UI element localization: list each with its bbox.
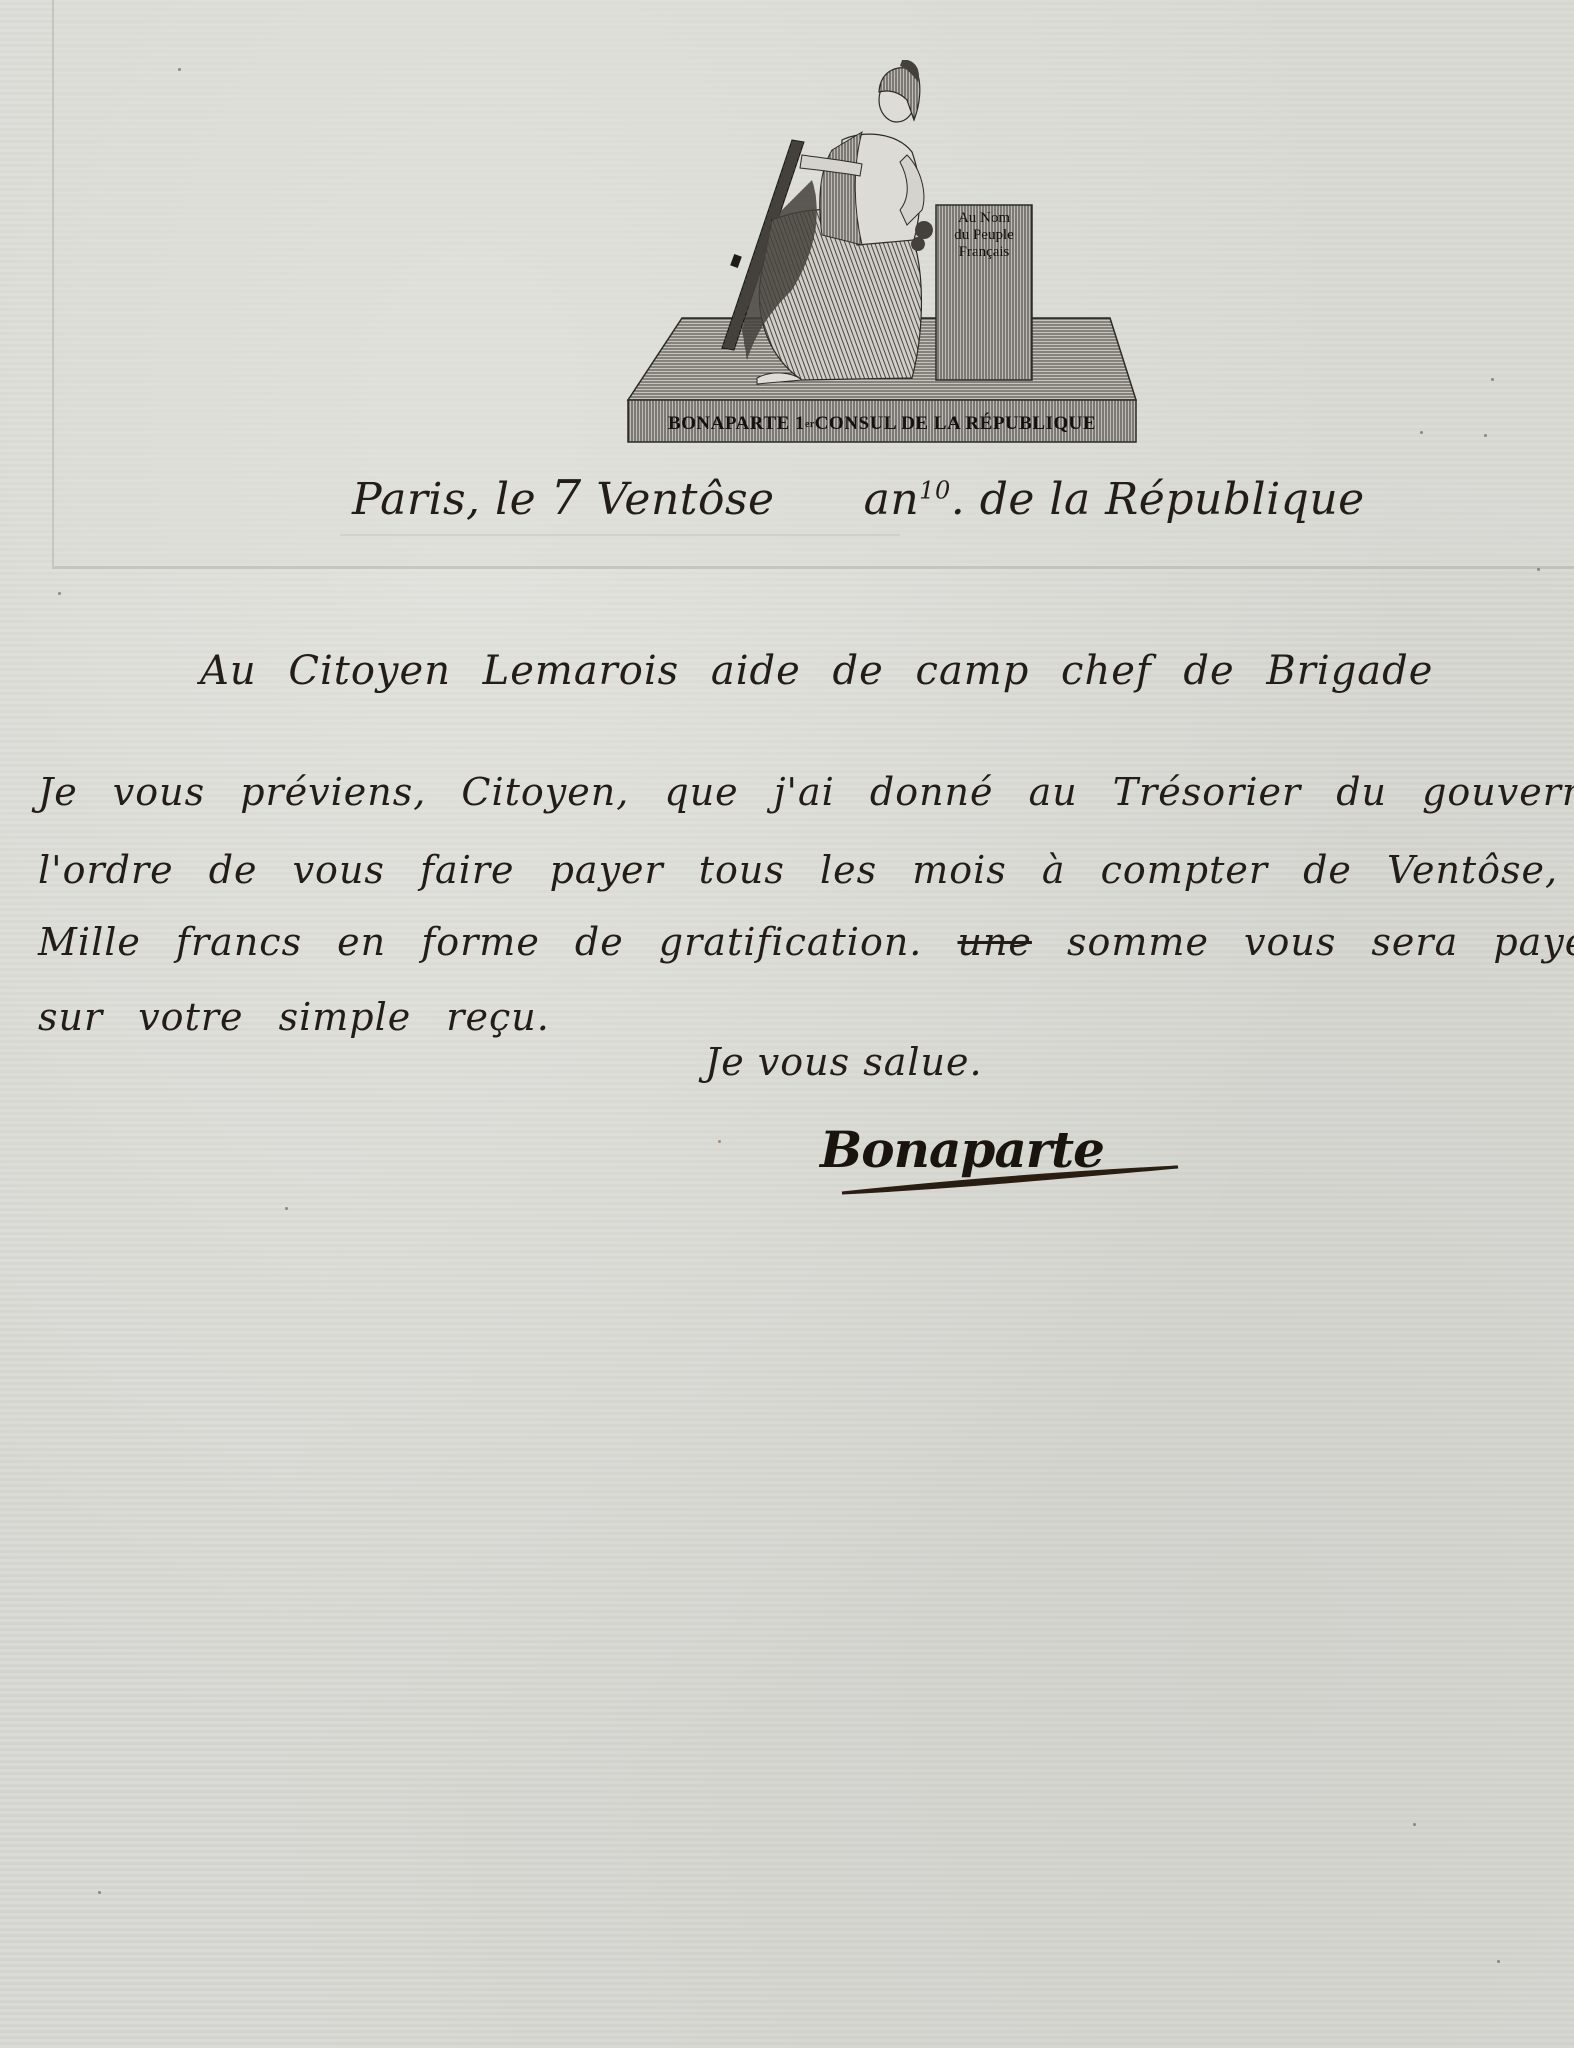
dateline: Paris, le 7 Ventôse an10. de la Républiq…: [352, 470, 1365, 526]
body-text: Mille francs en forme de gratification.: [38, 920, 922, 964]
inscription-line: Français: [940, 244, 1028, 261]
letterhead-engraving: Au Nom du Peuple Français BONAPARTE 1er …: [622, 60, 1162, 450]
inscription-line: du Peuple: [940, 227, 1028, 244]
body-line: Je vous préviens, Citoyen, que j'ai donn…: [38, 770, 1574, 814]
paper-speck: [718, 1140, 721, 1143]
body-line: l'ordre de vous faire payer tous les moi…: [38, 848, 1558, 892]
inscription-line: Au Nom: [940, 210, 1028, 227]
date-year: 10: [919, 476, 951, 504]
inscription-box: Au Nom du Peuple Français: [940, 210, 1028, 261]
letterhead-title: BONAPARTE 1er CONSUL DE LA RÉPUBLIQUE: [628, 407, 1136, 441]
struck-word: une: [957, 920, 1031, 964]
date-place: Paris, le: [352, 474, 536, 525]
paper-speck: [58, 592, 61, 595]
paper-speck: [285, 1207, 288, 1210]
salutation: Au Citoyen Lemarois aide de camp chef de…: [200, 648, 1433, 694]
paper-speck: [1491, 378, 1494, 381]
date-year-prefix: an: [864, 474, 920, 525]
paper-speck: [1497, 1960, 1500, 1963]
date-month: Ventôse: [596, 474, 774, 525]
paper-speck: [1420, 431, 1423, 434]
paper-speck: [1413, 1823, 1416, 1826]
closing: Je vous salue.: [705, 1040, 983, 1084]
title-part: CONSUL DE LA RÉPUBLIQUE: [815, 413, 1096, 435]
body-text: somme vous sera payée: [1067, 920, 1574, 964]
dateline-rule: [340, 530, 900, 540]
signature-flourish: [840, 1165, 1180, 1195]
date-day: 7: [551, 470, 582, 526]
paper-speck: [1484, 434, 1487, 437]
date-suffix: . de la République: [951, 474, 1365, 525]
title-superscript: er: [805, 419, 815, 430]
paper-speck: [98, 1891, 101, 1894]
seated-figure-icon: [622, 60, 1162, 450]
paper-speck: [178, 68, 181, 71]
paper-speck: [1537, 568, 1540, 571]
body-line: Mille francs en forme de gratification. …: [38, 920, 1574, 964]
title-part: BONAPARTE 1: [668, 413, 805, 435]
body-line: sur votre simple reçu.: [38, 995, 550, 1039]
